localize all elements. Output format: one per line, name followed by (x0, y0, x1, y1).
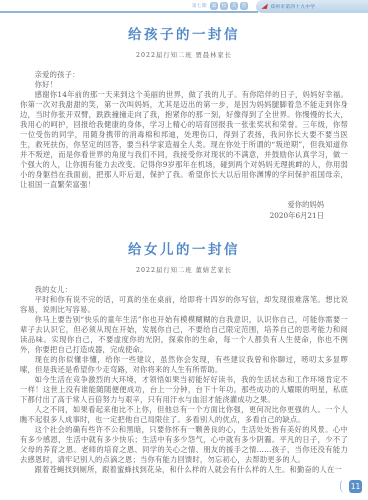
page-number-badge: 11 (349, 480, 362, 493)
header-badge: 家 (210, 2, 218, 10)
signature-block: 爱你的妈妈 2020年6月21日 (20, 199, 348, 221)
letter-paragraph: 这个社会的确有些许不公和黑暗，只要你怀有一颗善良的心，生活处处皆有美好的风景。心… (20, 425, 348, 465)
header-badges: 家校共育 (210, 2, 248, 10)
letter-paragraph: 你好！ (20, 80, 348, 90)
letter-salutation: 亲爱的孩子： (20, 70, 348, 80)
letter-salutation: 我的女儿： (20, 285, 348, 295)
letter-byline: 2022届行知二班 董婧艺家长 (20, 265, 348, 274)
header-badge: 育 (240, 2, 248, 10)
school-logo-icon: ◢ (261, 3, 268, 10)
letter-paragraph: 如今生活在竞争激烈的大环境，才领悟如果当初能好好读书，我的生活状态和工作环境肯定… (20, 375, 348, 405)
header-badge: 校 (220, 2, 228, 10)
letter-body: 亲爱的孩子： 你好！感谢你14年前的那一天来到这个美丽的世界，做了我的儿子。有你… (20, 70, 348, 221)
header-badge: 共 (230, 2, 238, 10)
newsletter-page: 第七期 家校共育 ◢ 郑州市第四十九中学 给孩子的一封信 2022届行知二班 贾… (0, 0, 368, 500)
letter-byline: 2022届行知二班 贾晨林家长 (20, 50, 348, 59)
school-ribbon: ◢ 郑州市第四十九中学 (256, 0, 368, 13)
letter-paragraph: 你马上要告别“快乐的童年生活”你也开始有模模糊糊的自我意识，认识你自己，可能你需… (20, 315, 348, 355)
letter-title: 给女儿的一封信 (20, 221, 348, 258)
header-meta: 第七期 家校共育 (192, 2, 248, 10)
letter-paragraphs: 你好！感谢你14年前的那一天来到这个美丽的世界，做了我的儿子。有你陪伴的日子，妈… (20, 80, 348, 190)
signature: 爱你的妈妈 (20, 199, 324, 210)
letter-paragraph: 现在的你似懂非懂，给你一些建议，虽然你会发现，有些建议我曾和你聊过，唠叨太多显啰… (20, 355, 348, 375)
page-number-bracket-icon (340, 479, 346, 493)
letter-paragraphs: 平时和你有说不完的话，可真的坐在桌前，给即将十四岁的你写信，却发现很难落笔。想比… (20, 295, 348, 475)
letter-to-child: 给孩子的一封信 2022届行知二班 贾晨林家长 亲爱的孩子： 你好！感谢你14年… (0, 0, 368, 221)
school-name: 郑州市第四十九中学 (270, 4, 315, 10)
letter-paragraph: 感谢你14年前的那一天来到这个美丽的世界，做了我的儿子。有你陪伴的日子，妈妈好幸… (20, 90, 348, 190)
header-rule (0, 11, 258, 13)
letter-body: 我的女儿： 平时和你有说不完的话，可真的坐在桌前，给即将十四岁的你写信，却发现很… (20, 285, 348, 475)
issue-label: 第七期 (192, 3, 207, 9)
letter-to-daughter: 给女儿的一封信 2022届行知二班 董婧艺家长 我的女儿： 平时和你有说不完的话… (0, 221, 368, 475)
letter-paragraph: 平时和你有说不完的话，可真的坐在桌前，给即将十四岁的你写信，却发现很难落笔。想比… (20, 295, 348, 315)
letter-paragraph: 跟着苍蝇找到厕所，跟着蜜蜂找到花朵，和什么样的人就会有什么样的人生。和勤奋的人在… (20, 465, 348, 475)
signature-date: 2020年6月21日 (20, 210, 324, 221)
letter-paragraph: 人之不同，如果看起来他比不上你，但他总有一个方面比你强，更何况比你更强的人。一个… (20, 405, 348, 425)
